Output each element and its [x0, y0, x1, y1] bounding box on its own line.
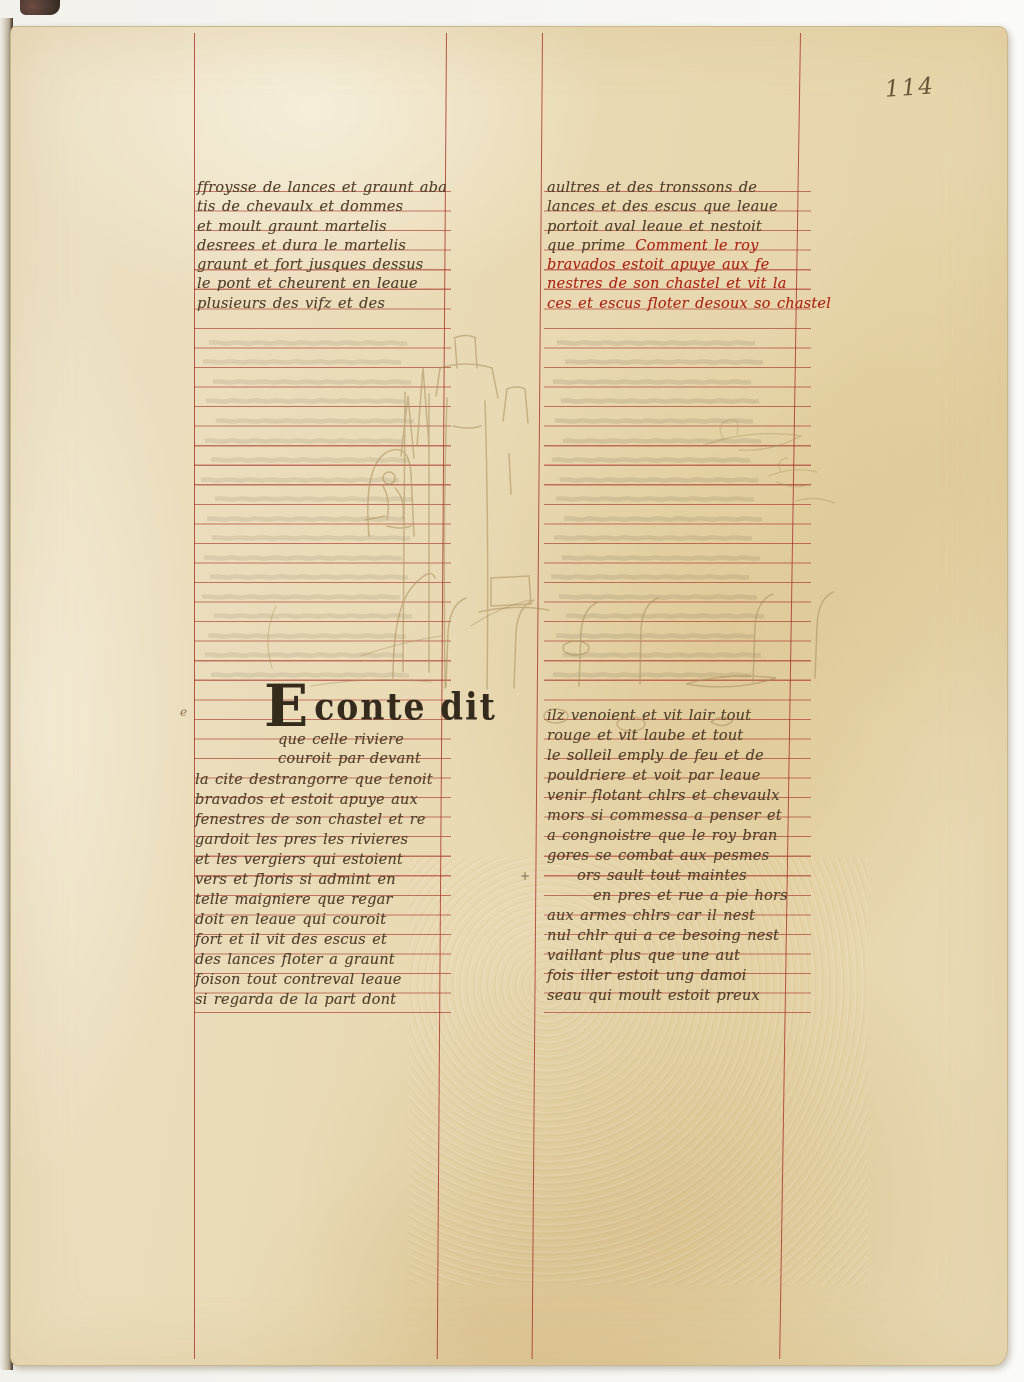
text-line: fort et il vit des escus et	[195, 930, 433, 950]
left-column-body-text: la cite destrangorre que tenoit bravados…	[195, 770, 433, 1010]
text-line: foison tout contreval leaue	[195, 970, 433, 990]
text-line: venir flotant chlrs et chevaulx	[547, 786, 788, 806]
text-line: fenestres de son chastel et re	[195, 810, 433, 830]
manuscript-photo: 114	[0, 0, 1024, 1382]
heading-text: conte dit	[314, 685, 497, 729]
left-column-indent-lines: que celle riviere couroit par devant	[278, 731, 421, 770]
parchment-page: 114	[10, 26, 1008, 1366]
text-line: si regarda de la part dont	[195, 990, 433, 1010]
rubric-line: nestres de son chastel et vit la	[547, 275, 831, 294]
text-line: fois iller estoit ung damoi	[547, 966, 788, 986]
heading-initial: E	[264, 672, 308, 740]
text-line: tis de chevaulx et dommes	[197, 198, 447, 217]
text-run: que prime	[547, 238, 625, 254]
text-line: a congnoistre que le roy bran	[547, 826, 788, 846]
text-line: vaillant plus que une aut	[547, 946, 788, 966]
text-line: seau qui moult estoit preux	[547, 986, 788, 1006]
text-line: graunt et fort jusques dessus	[197, 256, 447, 275]
text-line: et moult graunt martelis	[197, 218, 447, 237]
text-line: rouge et vit laube et tout	[547, 726, 788, 746]
text-line: doit en leaue qui couroit	[195, 910, 433, 930]
text-line: nul chlr qui a ce besoing nest	[547, 926, 788, 946]
text-line: portoit aval leaue et nestoit	[547, 218, 831, 237]
text-line: et les vergiers qui estoient	[195, 850, 433, 870]
text-line: que celle riviere	[278, 731, 421, 750]
text-line: le pont et cheurent en leaue	[197, 275, 447, 294]
underdrawing-sketch	[241, 326, 861, 736]
text-line: ors sault tout maintes	[577, 866, 788, 886]
text-line: desrees et dura le martelis	[197, 237, 447, 256]
rubric-run: Comment le roy	[635, 238, 758, 254]
rubric-line: ces et escus floter desoux so chastel	[547, 295, 831, 314]
rubric-line: bravados estoit apuye aux fe	[547, 256, 831, 275]
guide-letter: e	[180, 705, 187, 719]
text-line: aultres et des tronssons de	[547, 179, 831, 198]
text-line: en pres et rue a pie hors	[593, 886, 788, 906]
text-line: gores se combat aux pesmes	[547, 846, 788, 866]
text-line: plusieurs des vifz et des	[197, 295, 447, 314]
margin-mark: +	[520, 869, 530, 883]
text-line: telle maigniere que regar	[195, 890, 433, 910]
text-line: bravados et estoit apuye aux	[195, 790, 433, 810]
binding-fragment	[20, 0, 60, 15]
text-line: pouldriere et voit par leaue	[547, 766, 788, 786]
right-column-body-text: ilz venoient et vit lair tout rouge et v…	[547, 706, 788, 1006]
text-line: aux armes chlrs car il nest	[547, 906, 788, 926]
text-line: ffroysse de lances et graunt aba	[197, 179, 447, 198]
text-line: vers et floris si admint en	[195, 870, 433, 890]
text-line: gardoit les pres les rivieres	[195, 830, 433, 850]
folio-number: 114	[884, 73, 936, 102]
left-column-top-text: ffroysse de lances et graunt aba tis de …	[197, 179, 447, 314]
text-line: la cite destrangorre que tenoit	[195, 770, 433, 790]
text-line: mors si commessa a penser et	[547, 806, 788, 826]
text-line: ilz venoient et vit lair tout	[547, 706, 788, 726]
chapter-heading: Econte dit	[264, 683, 497, 729]
text-line: des lances floter a graunt	[195, 950, 433, 970]
text-line: couroit par devant	[278, 750, 421, 769]
text-line: lances et des escus que leaue	[547, 198, 831, 217]
text-line: le solleil emply de feu et de	[547, 746, 788, 766]
text-line-mixed: que primeComment le roy	[547, 237, 831, 256]
right-column-top-text: aultres et des tronssons de lances et de…	[547, 179, 831, 314]
